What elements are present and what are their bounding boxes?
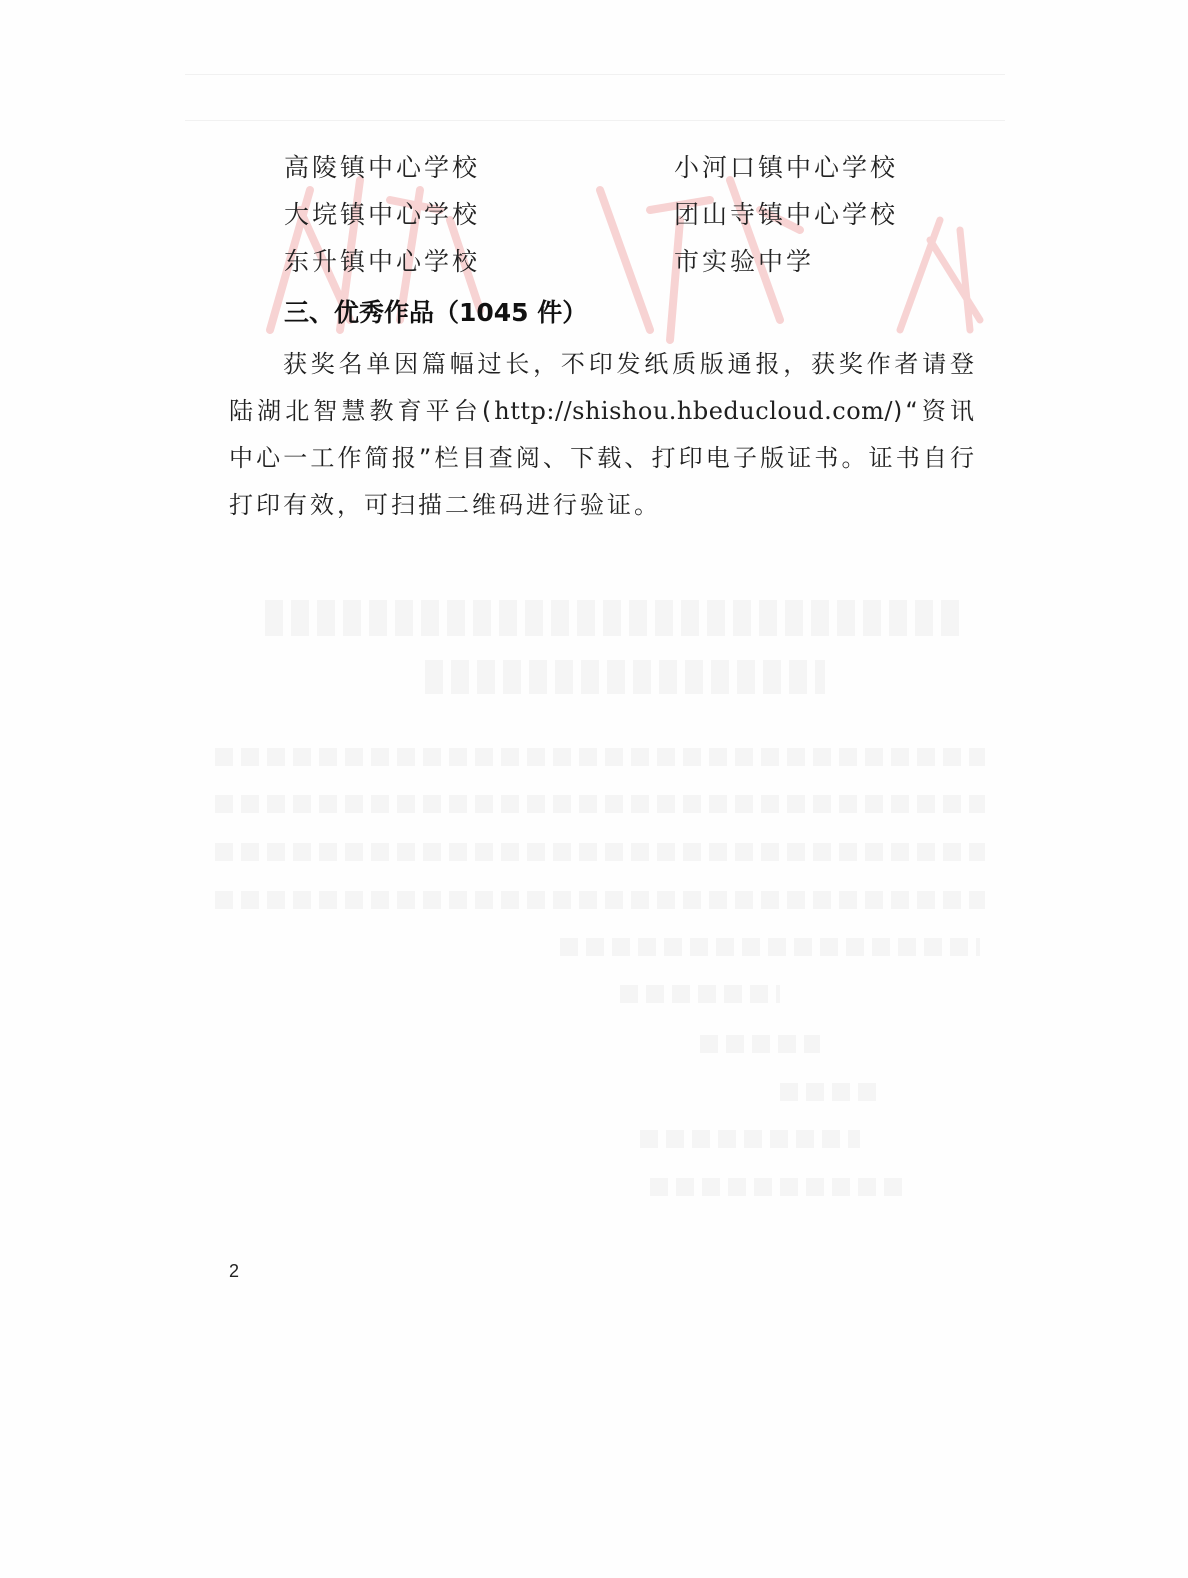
bleed-through-text [640, 1130, 860, 1148]
bleed-through-text [215, 795, 985, 813]
scan-artifact-line [185, 120, 1005, 121]
school-name: 东升镇中心学校 [284, 246, 674, 277]
award-notice-paragraph: 获奖名单因篇幅过长，不印发纸质版通报，获奖作者请登陆湖北智慧教育平台(http:… [229, 341, 977, 529]
bleed-through-text [215, 891, 985, 909]
platform-url: http://shishou.hbeducloud.com/ [494, 397, 893, 425]
bleed-through-title [265, 600, 965, 636]
school-name: 大垸镇中心学校 [284, 199, 674, 230]
bleed-through-text [215, 748, 985, 766]
bleed-through-text [215, 843, 985, 861]
page-number: 2 [229, 1261, 239, 1282]
section-heading-excellent-works: 三、优秀作品（1045 件） [284, 297, 587, 329]
school-name: 小河口镇中心学校 [674, 152, 924, 183]
scan-artifact-line [185, 74, 1005, 75]
bleed-through-text [560, 938, 980, 956]
school-list: 高陵镇中心学校 小河口镇中心学校 大垸镇中心学校 团山寺镇中心学校 东升镇中心学… [284, 152, 924, 277]
bleed-through-text [620, 985, 780, 1003]
bleed-through-text [700, 1035, 820, 1053]
school-name: 团山寺镇中心学校 [674, 199, 924, 230]
school-name: 市实验中学 [674, 246, 924, 277]
document-page: 高陵镇中心学校 小河口镇中心学校 大垸镇中心学校 团山寺镇中心学校 东升镇中心学… [0, 0, 1188, 1578]
bleed-through-text [780, 1083, 880, 1101]
school-name: 高陵镇中心学校 [284, 152, 674, 183]
bleed-through-title [425, 660, 825, 694]
bleed-through-text [650, 1178, 910, 1196]
